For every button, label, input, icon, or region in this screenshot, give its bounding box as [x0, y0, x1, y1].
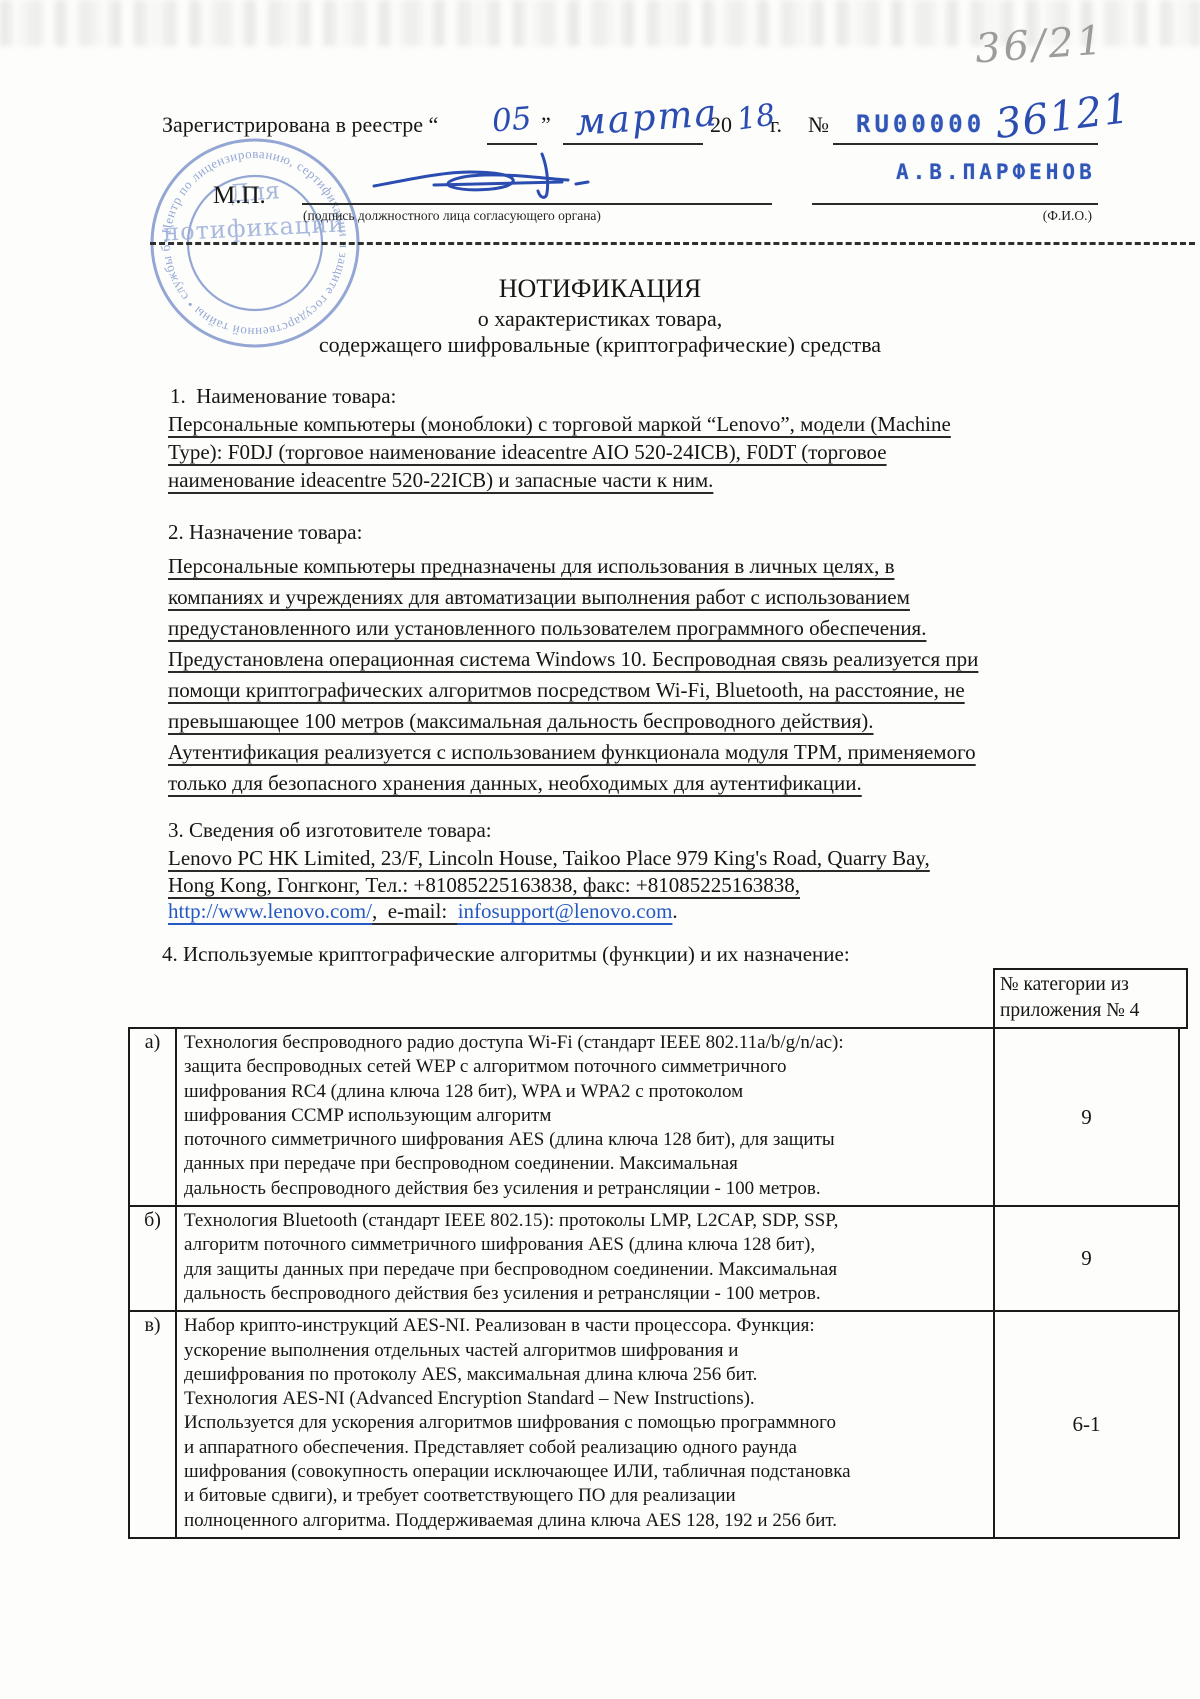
document-subtitle-1: о характеристиках товара,: [0, 306, 1200, 332]
number-sign: №: [808, 112, 829, 138]
row-v-category: 6-1: [995, 1312, 1178, 1537]
section1-heading: 1. Наименование товара:: [170, 384, 396, 409]
contacts-separator: , e-mail:: [372, 899, 458, 923]
signature-line: [302, 203, 772, 205]
section3-address-line1: Lenovo PC HK Limited, 23/F, Lincoln Hous…: [168, 845, 1103, 872]
row-b-category: 9: [995, 1207, 1178, 1310]
registration-year-handwritten: 18: [735, 98, 778, 138]
close-quote: ”: [541, 112, 551, 138]
section3-heading: 3. Сведения об изготовителе товара:: [168, 818, 492, 843]
fio-caption: (Ф.И.О.): [812, 208, 1092, 224]
document-title: НОТИФИКАЦИЯ: [0, 274, 1200, 304]
row-v-letter: в): [130, 1312, 177, 1537]
table-body: а) Технология беспроводного радио доступ…: [128, 1027, 1180, 1539]
row-v-description: Набор крипто-инструкций AES-NI. Реализов…: [177, 1312, 995, 1537]
registration-label: Зарегистрирована в реестре “: [162, 112, 438, 138]
table-row-a: а) Технология беспроводного радио доступ…: [130, 1029, 1178, 1205]
registration-day-handwritten: 05: [491, 100, 533, 139]
row-a-letter: а): [130, 1029, 177, 1205]
section2-heading: 2. Назначение товара:: [168, 520, 362, 545]
section1-body: Персональные компьютеры (моноблоки) с то…: [168, 410, 1098, 494]
section3-address-line2: Hong Kong, Гонгконг, Тел.: +810852251638…: [168, 872, 1103, 899]
table-category-header: № категории из приложения № 4: [993, 968, 1188, 1029]
fio-line: [812, 203, 1098, 205]
section3-contacts-line: http://www.lenovo.com/, e-mail: infosupp…: [168, 899, 678, 924]
table-row-v: в) Набор крипто-инструкций AES-NI. Реали…: [130, 1310, 1178, 1537]
website-link[interactable]: http://www.lenovo.com/: [168, 899, 372, 923]
day-underline: [487, 143, 537, 145]
pencil-annotation: 36/21: [974, 18, 1107, 73]
official-signature: [372, 146, 617, 204]
row-a-category: 9: [995, 1029, 1178, 1205]
section2-body: Персональные компьютеры предназначены дл…: [168, 551, 1103, 799]
registration-number-handwritten: 36121: [993, 84, 1133, 148]
row-b-description: Технология Bluetooth (стандарт IEEE 802.…: [177, 1207, 995, 1310]
section4-heading: 4. Используемые криптографические алгори…: [162, 942, 850, 967]
row-b-letter: б): [130, 1207, 177, 1310]
table-row-b: б) Технология Bluetooth (стандарт IEEE 8…: [130, 1205, 1178, 1310]
signature-caption: (подпись должностного лица согласующего …: [303, 208, 601, 224]
dashed-separator: [150, 242, 1195, 245]
email-link[interactable]: infosupport@lenovo.com: [458, 899, 673, 923]
seal-place-label: М.П.: [213, 182, 266, 210]
registration-month-handwritten: марта: [574, 91, 720, 144]
row-a-description: Технология беспроводного радио доступа W…: [177, 1029, 995, 1205]
contacts-period: .: [672, 899, 677, 923]
document-page: 36/21 • Центр по лицензированию, сертифи…: [0, 0, 1200, 1699]
registration-series-stamp: RU00000: [856, 110, 985, 138]
number-underline: [833, 143, 1098, 145]
document-subtitle-2: содержащего шифровальные (криптографичес…: [0, 332, 1200, 358]
fio-stamp: А.В.ПАРФЕНОВ: [896, 160, 1096, 184]
